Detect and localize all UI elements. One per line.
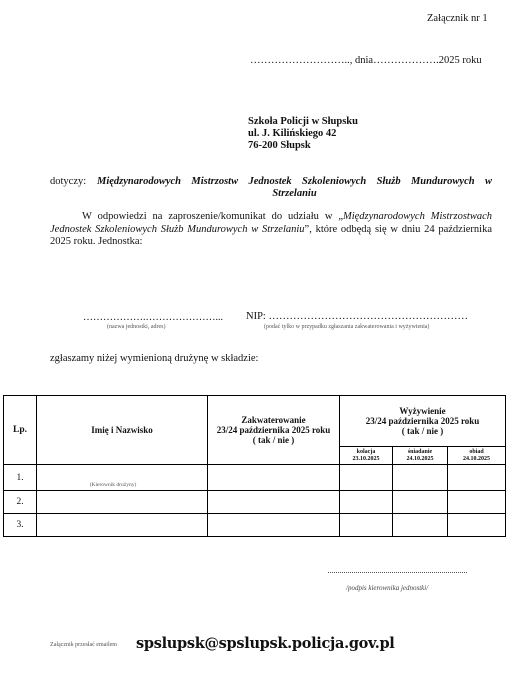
header-name: Imię i Nazwisko [37, 396, 208, 465]
nip-field[interactable]: NIP: ………………………………………………… [246, 311, 468, 322]
breakfast-cell[interactable] [393, 491, 448, 514]
breakfast-cell[interactable] [393, 465, 448, 491]
signature-caption: /podpis kierownika jednostki/ [346, 584, 428, 592]
team-leader-note: (Kierownik drużyny) [19, 468, 207, 488]
supper-cell[interactable] [340, 465, 393, 491]
unit-name-field[interactable]: ……………….…………………... [83, 312, 223, 323]
row-number: 2. [4, 491, 37, 514]
header-meals-title: Wyżywienie [340, 406, 505, 416]
lunch-cell[interactable] [448, 465, 506, 491]
accommodation-cell[interactable] [208, 465, 340, 491]
team-table: Lp. Imię i Nazwisko Zakwaterowanie 23/24… [3, 395, 506, 537]
table-row: 3. [4, 514, 506, 537]
header-lunch-date: 24.10.2025 [448, 456, 505, 463]
signature-line[interactable] [328, 572, 467, 573]
supper-cell[interactable] [340, 514, 393, 537]
header-lunch: obiad 24.10.2025 [448, 447, 506, 465]
annex-number: Załącznik nr 1 [427, 13, 488, 24]
header-meals: Wyżywienie 23/24 października 2025 roku … [340, 396, 506, 447]
recipient-city: 76-200 Słupsk [248, 140, 358, 152]
lunch-cell[interactable] [448, 491, 506, 514]
subject-text: Międzynarodowych Mistrzostw Jednostek Sz… [97, 176, 492, 200]
name-cell[interactable]: (Kierownik drużyny) [37, 465, 208, 491]
name-cell[interactable] [37, 491, 208, 514]
nip-caption: (podać tylko w przypadku zgłaszania zakw… [264, 324, 429, 330]
breakfast-cell[interactable] [393, 514, 448, 537]
place-date-line: ……………………….., dnia……………….2025 roku [250, 55, 482, 66]
row-number: 3. [4, 514, 37, 537]
email-instruction: Załącznik przesłać emailem [50, 642, 117, 648]
name-cell[interactable] [37, 514, 208, 537]
header-accommodation-title: Zakwaterowanie [208, 415, 339, 425]
lunch-cell[interactable] [448, 514, 506, 537]
header-meals-date: 23/24 października 2025 roku [340, 416, 505, 426]
header-supper-date: 23.10.2025 [340, 456, 392, 463]
recipient-name: Szkoła Policji w Słupsku [248, 116, 358, 128]
header-accommodation: Zakwaterowanie 23/24 października 2025 r… [208, 396, 340, 465]
team-intro-text: zgłaszamy niżej wymienioną drużynę w skł… [50, 353, 258, 364]
header-breakfast-label: śniadanie [393, 449, 447, 456]
header-accommodation-choice: ( tak / nie ) [208, 435, 339, 445]
table-row: 1. (Kierownik drużyny) [4, 465, 506, 491]
table-row: 2. [4, 491, 506, 514]
recipient-street: ul. J. Kilińskiego 42 [248, 128, 358, 140]
accommodation-cell[interactable] [208, 514, 340, 537]
header-supper-label: kolacja [340, 449, 392, 456]
email-address[interactable]: spslupsk@spslupsk.policja.gov.pl [136, 635, 395, 652]
header-supper: kolacja 23.10.2025 [340, 447, 393, 465]
header-breakfast: śniadanie 24.10.2025 [393, 447, 448, 465]
unit-name-caption: (nazwa jednostki, adres) [107, 324, 165, 330]
reply-text-before: W odpowiedzi na zaproszenie/komunikat do… [82, 211, 343, 222]
header-lunch-label: obiad [448, 449, 505, 456]
header-meals-choice: ( tak / nie ) [340, 426, 505, 436]
accommodation-cell[interactable] [208, 491, 340, 514]
header-breakfast-date: 24.10.2025 [393, 456, 447, 463]
header-lp: Lp. [4, 396, 37, 465]
supper-cell[interactable] [340, 491, 393, 514]
header-accommodation-date: 23/24 października 2025 roku [208, 425, 339, 435]
recipient-address: Szkoła Policji w Słupsku ul. J. Kiliński… [248, 116, 358, 152]
subject-label: dotyczy: [50, 176, 86, 188]
reply-paragraph: W odpowiedzi na zaproszenie/komunikat do… [50, 211, 492, 249]
